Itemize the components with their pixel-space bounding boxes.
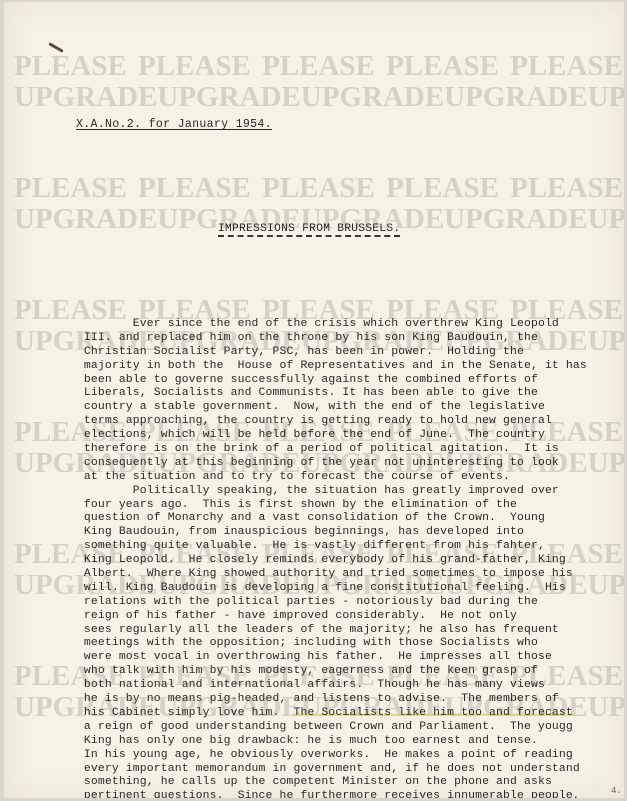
text-line: Ever since the end of the crisis which o… xyxy=(35,318,624,332)
text-line: Albert. Where King showed authority and … xyxy=(35,568,624,582)
text-line: he is by no means pig-headed, and listen… xyxy=(35,693,624,707)
text-line: at the situation and to try to forecast … xyxy=(35,471,624,485)
text-line: something quite valuable. He is vastly d… xyxy=(35,540,624,554)
watermark-text: PLEASE xyxy=(138,50,251,83)
watermark-text: PLEASE xyxy=(386,50,499,83)
page-marker: 4. xyxy=(611,786,622,796)
highlighted-text: The Socialists like him too and forecast xyxy=(293,707,572,719)
document-body: Ever since the end of the crisis which o… xyxy=(35,318,624,798)
watermark-row: PLEASEPLEASEPLEASEPLEASEPLEASE xyxy=(4,50,624,83)
text-line: something, he calls up the competent Min… xyxy=(35,776,624,790)
text-line: meetings with the opposition; including … xyxy=(35,637,624,651)
text-line: King Baudouin, from inauspicious beginni… xyxy=(35,526,624,540)
ink-mark xyxy=(48,42,63,53)
watermark-text: UPGRADE xyxy=(14,203,157,236)
text-line: Politically speaking, the situation has … xyxy=(35,485,624,499)
text-line: elections, which will be held before the… xyxy=(35,429,624,443)
text-line: were most vocal in overthrowing his fath… xyxy=(35,651,624,665)
watermark-text: PLEASE xyxy=(386,172,499,205)
text-line: terms approaching, the country is gettin… xyxy=(35,415,624,429)
document-page: PLEASEPLEASEPLEASEPLEASEPLEASEUPGRADEUPG… xyxy=(4,2,624,798)
watermark-text: UPGRADE xyxy=(444,81,587,114)
text-line: Christian Socialist Party, PSC, has been… xyxy=(35,346,624,360)
text-line: every important memorandum in government… xyxy=(35,763,624,777)
text-line: reign of his father - have improved cons… xyxy=(35,610,624,624)
watermark-text: PLEASE xyxy=(262,50,375,83)
watermark-text: UPGRADE xyxy=(588,203,624,236)
watermark-text: UPGRADE xyxy=(14,81,157,114)
text-line: his Cabinet simply love him. The Sociali… xyxy=(35,707,624,721)
text-line: four years ago. This is first shown by t… xyxy=(35,499,624,513)
watermark-text: PLEASE xyxy=(510,172,623,205)
watermark-text: PLEASE xyxy=(14,50,127,83)
document-title: IMPRESSIONS FROM BRUSSELS. xyxy=(218,223,400,237)
text-line: King has only one big drawback: he is mu… xyxy=(35,735,624,749)
document-reference: X.A.No.2. for January 1954. xyxy=(76,118,272,131)
text-line: been able to governe successfully agains… xyxy=(35,374,624,388)
text-line: will. King Baudouin is developing a fine… xyxy=(35,582,624,596)
watermark-text: UPGRADE xyxy=(157,81,300,114)
watermark-text: UPGRADE xyxy=(444,203,587,236)
text-line: country a stable government. Now, with t… xyxy=(35,401,624,415)
text-line: relations with the political parties - n… xyxy=(35,596,624,610)
watermark-text: PLEASE xyxy=(138,172,251,205)
text-line: therefore is on the brink of a period of… xyxy=(35,443,624,457)
text-line: III. and replaced him on the throne by h… xyxy=(35,332,624,346)
watermark-text: PLEASE xyxy=(262,172,375,205)
watermark-text: PLEASE xyxy=(510,50,623,83)
watermark-text: PLEASE xyxy=(14,172,127,205)
watermark-text: UPGRADE xyxy=(588,81,624,114)
watermark-row: UPGRADEUPGRADEUPGRADEUPGRADEUPGRADE xyxy=(4,81,624,114)
text-line: question of Monarchy and a vast consolid… xyxy=(35,512,624,526)
text-line: majority in both the House of Representa… xyxy=(35,360,624,374)
watermark-text: UPGRADE xyxy=(301,81,444,114)
text-line: who talk with him by his modesty, eagern… xyxy=(35,665,624,679)
text-line: Liberals, Socialists and Communists. It … xyxy=(35,387,624,401)
text-line: both national and international affairs.… xyxy=(35,679,624,693)
text-line: consequently at this beginning of the ye… xyxy=(35,457,624,471)
text-line: In his young age, he obviously overworks… xyxy=(35,749,624,763)
watermark-row: PLEASEPLEASEPLEASEPLEASEPLEASE xyxy=(4,172,624,205)
text-line: a reign of good understanding between Cr… xyxy=(35,721,624,735)
text-line: sees regularly all the leaders of the ma… xyxy=(35,624,624,638)
text-line: King Leopold. He closely reminds everybo… xyxy=(35,554,624,568)
text-line: pertinent questions. Since he furthermor… xyxy=(35,790,624,798)
